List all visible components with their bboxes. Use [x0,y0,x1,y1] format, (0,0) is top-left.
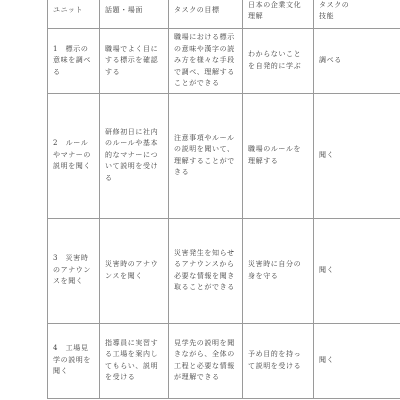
table-row-unit-3: 3 災害時のアナウンスを聞く 災害時のアナウンスを聞く 災害発生を知らせるアナウ… [48,218,400,323]
cell-culture-understanding: 予め目的を持って説明を受ける [243,323,314,398]
cell-unit: 4 工場見学の説明を聞く [48,323,100,398]
cell-task-goal: 災害発生を知らせるアナウンスから必要な情報を聞き取ることができる [169,218,243,323]
cell-topic-scene: 指導員に実習する工場を案内してもらい、説明を受ける [100,323,169,398]
cell-unit: 2 ルールやマナーの説明を聞く [48,93,100,218]
cell-task-goal: 注意事項やルールの説明を聞いて、理解することができる [169,93,243,218]
curriculum-unit-table: ユニット 話題・場面 タスクの目標 日本の企業文化理解 タスクの技能 1 標示の… [47,0,400,399]
table-row-unit-4: 4 工場見学の説明を聞く 指導員に実習する工場を案内してもらい、説明を受ける 見… [48,323,400,398]
cell-task-goal: 職場における標示の意味や漢字の読み方を様々な手段で調べ、理解することができる [169,29,243,94]
cell-task-goal: 見学先の説明を聞きながら、全体の工程と必要な情報が理解できる [169,323,243,398]
cell-culture-understanding: わからないことを自発的に学ぶ [243,29,314,94]
table-row-unit-2: 2 ルールやマナーの説明を聞く 研修初日に社内のルールや基本的なマナーについて説… [48,93,400,218]
column-header-task-skill: タスクの技能 [314,0,400,29]
column-header-topic-scene: 話題・場面 [100,0,169,29]
cell-culture-understanding: 職場のルールを理解する [243,93,314,218]
column-header-task-skill-label: タスクの技能 [319,0,353,23]
cell-task-skill: 聞く [314,323,400,398]
cell-unit: 3 災害時のアナウンスを聞く [48,218,100,323]
cell-unit: 1 標示の意味を調べる [48,29,100,94]
cell-task-skill: 調べる [314,29,400,94]
cell-task-skill: 聞く [314,218,400,323]
column-header-culture-understanding: 日本の企業文化理解 [243,0,314,29]
cell-topic-scene: 災害時のアナウンスを聞く [100,218,169,323]
table-row-unit-1: 1 標示の意味を調べる 職場でよく目にする標示を確認する 職場における標示の意味… [48,29,400,94]
header-row: ユニット 話題・場面 タスクの目標 日本の企業文化理解 タスクの技能 [48,0,400,29]
document-page: ユニット 話題・場面 タスクの目標 日本の企業文化理解 タスクの技能 1 標示の… [0,0,400,400]
cell-topic-scene: 職場でよく目にする標示を確認する [100,29,169,94]
column-header-task-goal: タスクの目標 [169,0,243,29]
cell-topic-scene: 研修初日に社内のルールや基本的なマナーについて説明を受ける [100,93,169,218]
cell-task-skill: 聞く [314,93,400,218]
column-header-unit: ユニット [48,0,100,29]
cell-culture-understanding: 災害時に自分の身を守る [243,218,314,323]
